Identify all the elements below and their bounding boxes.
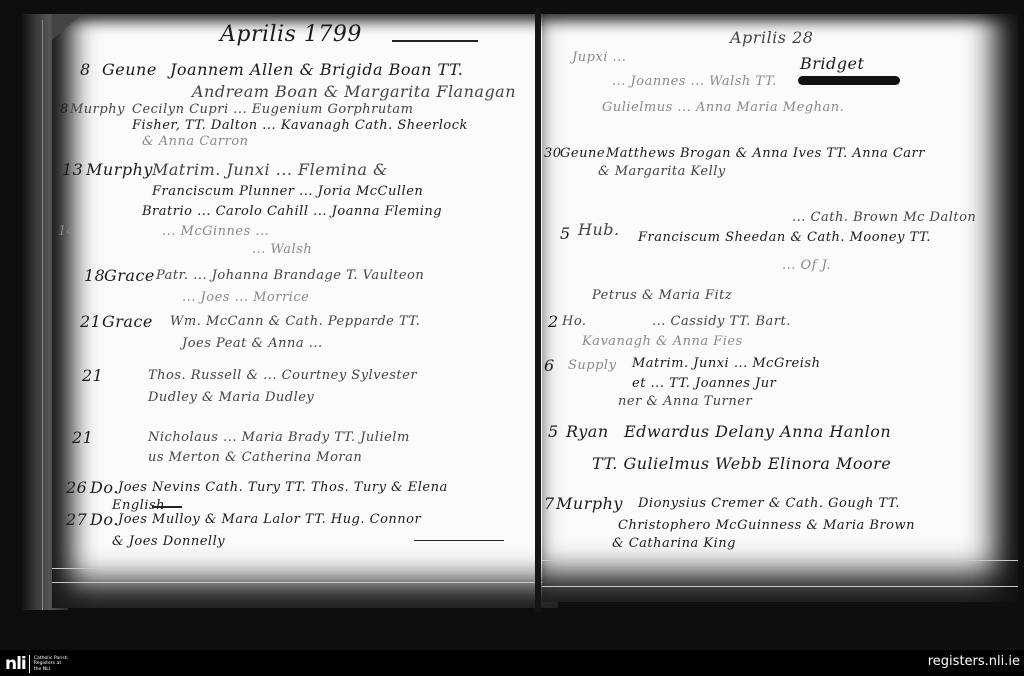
- entry-text: Dudley & Maria Dudley: [148, 390, 314, 405]
- struck-out-text: [798, 76, 900, 85]
- entry-text: ... Walsh: [252, 242, 312, 257]
- logo-caption: Catholic Parish Registers at the NLI: [34, 656, 70, 673]
- entry-text: TT. Gulielmus Webb Elinora Moore: [592, 454, 891, 473]
- ruled-line: [542, 586, 1018, 587]
- entry-text: ner & Anna Turner: [618, 394, 752, 409]
- entry-day: 26: [66, 478, 87, 497]
- entry-text: Fisher, TT. Dalton ... Kavanagh Cath. Sh…: [132, 118, 468, 133]
- entry-priest: Do.: [90, 478, 119, 497]
- entry-day: 6: [544, 356, 555, 375]
- entry-day: 18: [84, 266, 105, 285]
- entry-text: Franciscum Plunner ... Joria McCullen: [152, 184, 423, 199]
- entry-text: Joannem Allen & Brigida Boan TT.: [170, 60, 463, 79]
- right-page: Aprilis 28 Bridget Jupxi ... ... Joannes…: [542, 14, 1018, 602]
- entry-text: & Anna Carron: [142, 134, 249, 149]
- entry-text: & Catharina King: [612, 536, 736, 551]
- entry-day: 21: [80, 312, 101, 331]
- entry-text: Thos. Russell & ... Courtney Sylvester: [148, 368, 417, 383]
- entry-priest: Geune: [102, 60, 157, 79]
- entry-text: ... Cassidy TT. Bart.: [652, 314, 791, 329]
- entry-priest: Geune: [560, 146, 605, 161]
- entry-day: 8: [80, 60, 91, 79]
- entry-day: 8: [60, 102, 69, 117]
- entry-text: Andream Boan & Margarita Flanagan: [192, 82, 516, 101]
- logo-divider: [29, 655, 30, 673]
- entry-text: Petrus & Maria Fitz: [592, 288, 732, 303]
- entry-text: ... Joannes ... Walsh TT.: [612, 74, 777, 89]
- register-scan: Aprilis 1799 8 Geune Joannem Allen & Bri…: [22, 8, 1018, 620]
- nli-logo[interactable]: nli Catholic Parish Registers at the NLI: [5, 654, 70, 674]
- entry-day: 2: [548, 312, 559, 331]
- entry-text: Dionysius Cremer & Cath. Gough TT.: [638, 496, 900, 511]
- entry-text: Jupxi ...: [572, 50, 626, 65]
- entry-text: Cecilyn Cupri ... Eugenium Gorphrutam: [132, 102, 414, 117]
- entry-text: Matrim. Junxi ... Flemina &: [152, 160, 388, 179]
- entry-text: Gulielmus ... Anna Maria Meghan.: [602, 100, 844, 115]
- entry-priest: Ho.: [562, 314, 587, 329]
- entry-priest: Grace: [102, 312, 153, 331]
- entry-priest: Do.: [90, 510, 119, 529]
- entry-priest: Ryan: [566, 422, 609, 441]
- entry-priest: Murphy: [70, 102, 125, 117]
- entry-priest: Grace: [104, 266, 155, 285]
- entry-day: 30: [544, 146, 562, 161]
- entry-text: Bratrio ... Carolo Cahill ... Joanna Fle…: [142, 204, 442, 219]
- entry-day: 14: [58, 224, 76, 239]
- nli-logo-mark: nli: [5, 654, 26, 674]
- entry-day: 21: [72, 428, 93, 447]
- entry-text: & Margarita Kelly: [598, 164, 726, 179]
- entry-day: 27: [66, 510, 87, 529]
- entry-text: ... Of J.: [782, 258, 831, 273]
- entry-day: 21: [82, 366, 103, 385]
- entry-priest: Supply: [568, 358, 616, 373]
- page-heading: Aprilis 1799: [220, 22, 362, 47]
- entry-text: Joes Mulloy & Mara Lalor TT. Hug. Connor: [118, 512, 421, 527]
- entry-text: us Merton & Catherina Moran: [148, 450, 362, 465]
- entry-text: Matrim. Junxi ... McGreish: [632, 356, 820, 371]
- entry-text: Edwardus Delany Anna Hanlon: [624, 422, 891, 441]
- dash: [414, 540, 504, 541]
- entry-text: Wm. McCann & Cath. Pepparde TT.: [170, 314, 420, 329]
- entry-priest: Murphy: [556, 494, 623, 513]
- entry-text: Christophero McGuinness & Maria Brown: [618, 518, 915, 533]
- entry-text: Franciscum Sheedan & Cath. Mooney TT.: [638, 230, 931, 245]
- page-corner-fold: [52, 14, 82, 40]
- ruled-line: [52, 568, 558, 569]
- entry-day: 5: [548, 422, 559, 441]
- insertion-note: Bridget: [800, 54, 864, 73]
- site-link[interactable]: registers.nli.ie: [928, 654, 1020, 669]
- entry-priest: Murphy: [86, 160, 153, 179]
- image-viewer[interactable]: Aprilis 1799 8 Geune Joannem Allen & Bri…: [0, 0, 1024, 650]
- entry-day: 5: [560, 224, 571, 243]
- footer-bar: nli Catholic Parish Registers at the NLI…: [0, 650, 1024, 676]
- entry-day: 7: [544, 494, 555, 513]
- entry-text: Joes Peat & Anna ...: [182, 336, 323, 351]
- dash: [152, 506, 182, 508]
- entry-priest: Hub.: [578, 220, 620, 239]
- entry-text: et ... TT. Joannes Jur: [632, 376, 776, 391]
- entry-text: Kavanagh & Anna Fies: [582, 334, 743, 349]
- entry-text: ... Joes ... Morrice: [182, 290, 309, 305]
- entry-text: Patr. ... Johanna Brandage T. Vaulteon: [156, 268, 424, 283]
- ruled-line: [52, 582, 558, 583]
- entry-text: & Joes Donnelly: [112, 534, 225, 549]
- edge-rule: [42, 20, 43, 610]
- entry-text: Nicholaus ... Maria Brady TT. Julielm: [148, 430, 410, 445]
- ruled-line: [542, 560, 1018, 561]
- book-gutter: [535, 8, 541, 612]
- entry-text: ... McGinnes ...: [162, 224, 269, 239]
- entry-text: Matthews Brogan & Anna Ives TT. Anna Car…: [606, 146, 925, 161]
- heading-rule: [392, 40, 478, 42]
- entry-day: 13: [62, 160, 83, 179]
- page-heading: Aprilis 28: [730, 28, 813, 47]
- left-page: Aprilis 1799 8 Geune Joannem Allen & Bri…: [52, 14, 558, 608]
- entry-text: Joes Nevins Cath. Tury TT. Thos. Tury & …: [118, 480, 448, 495]
- entry-text: ... Cath. Brown Mc Dalton: [792, 210, 976, 225]
